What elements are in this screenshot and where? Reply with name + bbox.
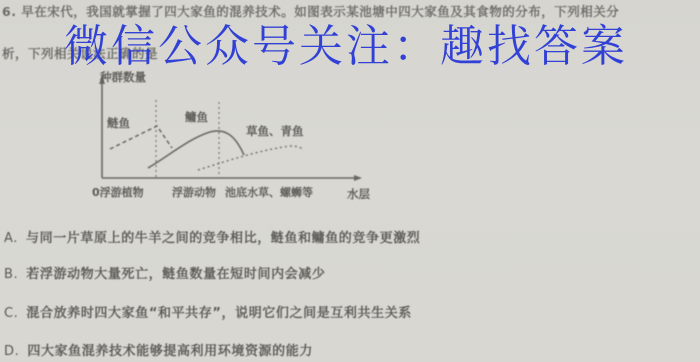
- option-a[interactable]: A.与同一片草原上的牛羊之间的竞争相比，鲢鱼和鳙鱼的竞争更激烈: [4, 227, 420, 246]
- series-label-cao-qing: 草鱼、青鱼: [246, 123, 304, 139]
- x-tick-1: 浮游动物: [172, 184, 216, 200]
- option-text: 四大家鱼混养技术能够提高利用环境资源的能力: [27, 344, 313, 359]
- watermark-overlay: 微信公众号关注：趣找答案: [64, 10, 628, 74]
- option-letter: D.: [4, 344, 19, 359]
- option-letter: B.: [4, 267, 18, 282]
- option-c[interactable]: C.混合放养时四大家鱼“和平共存”，说明它们之间是互利共生关系: [4, 302, 412, 321]
- x-axis-arrow-icon: [354, 175, 362, 181]
- option-d[interactable]: D.四大家鱼混养技术能够提高利用环境资源的能力: [4, 340, 313, 359]
- series-yong-fish: [148, 131, 244, 168]
- option-letter: A.: [4, 231, 18, 246]
- option-letter: C.: [4, 306, 18, 321]
- x-tick-2: 池底水草、螺蛳等: [225, 184, 313, 200]
- series-label-yong: 鳙鱼: [185, 109, 208, 125]
- option-b[interactable]: B.若浮游动物大量死亡，鲢鱼数量在短时间内会减少: [4, 263, 325, 282]
- series-label-lian: 鲢鱼: [107, 115, 130, 131]
- exam-page: 6. 早在宋代，我国就掌握了四大家鱼的混养技术。如图表示某池塘中四大家鱼及其食物…: [0, 0, 700, 362]
- fish-distribution-chart: 种群数量 鲢鱼 鳙鱼 草鱼、青鱼 0浮游植物 浮游动物 池底水草、螺蛳等 水层: [80, 60, 380, 200]
- option-text: 与同一片草原上的牛羊之间的竞争相比，鲢鱼和鳙鱼的竞争更激烈: [26, 231, 420, 246]
- series-cao-qing-fish: [198, 146, 304, 170]
- option-text: 混合放养时四大家鱼“和平共存”，说明它们之间是互利共生关系: [26, 306, 412, 321]
- x-tick-0: 0浮游植物: [92, 184, 144, 200]
- option-text: 若浮游动物大量死亡，鲢鱼数量在短时间内会减少: [26, 267, 325, 282]
- x-axis-label: 水层: [347, 186, 370, 202]
